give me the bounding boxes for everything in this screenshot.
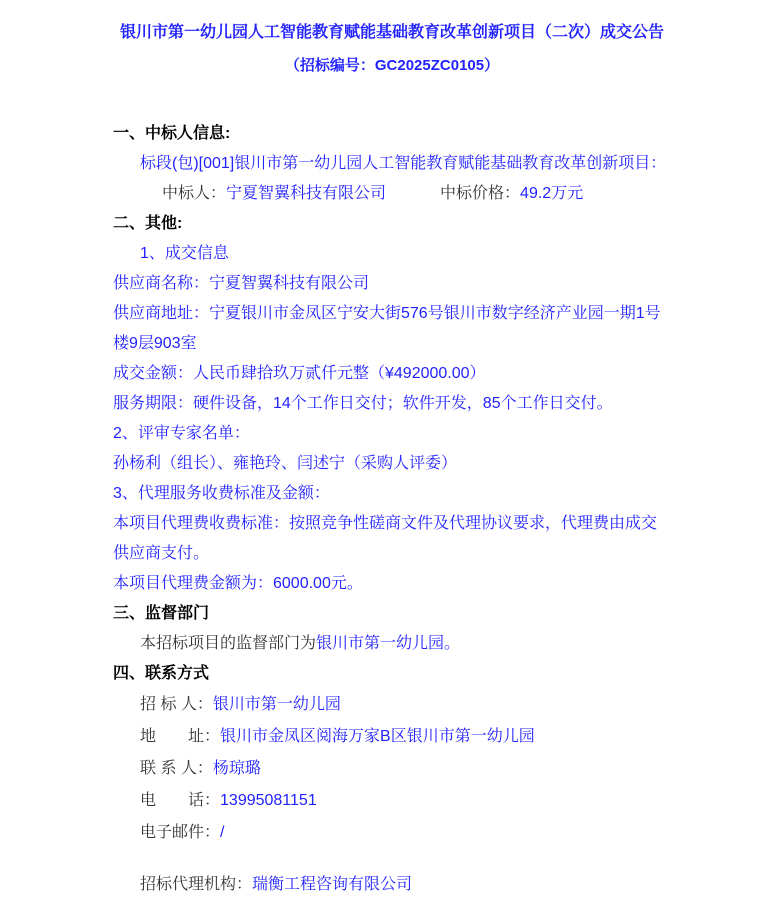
- email-value: /: [220, 824, 224, 841]
- price-value: 49.2万元: [520, 185, 583, 202]
- bidding-agency-line: 招标代理机构：瑞衡工程咨询有限公司: [113, 870, 701, 900]
- contact-person-label: 联 系 人：: [140, 760, 213, 777]
- supplier-address-line1: 供应商地址：宁夏银川市金凤区宁安大街576号银川市数字经济产业园一期1号: [113, 299, 701, 329]
- deal-amount-line: 成交金额：人民币肆拾玖万贰仟元整（¥492000.00）: [113, 359, 701, 389]
- supervision-text: 本招标项目的监督部门为: [140, 635, 316, 652]
- contact-person-value: 杨琼璐: [213, 760, 261, 777]
- contact-row-address: 地 址：银川市金凤区阅海万家B区银川市第一幼儿园: [113, 721, 701, 753]
- winner-label: 中标人：: [162, 185, 226, 202]
- experts-subheading: 2、评审专家名单：: [113, 419, 701, 449]
- contact-row-person: 联 系 人：杨琼璐: [113, 753, 701, 785]
- contact-row-tenderer: 招 标 人：银川市第一幼儿园: [113, 689, 701, 721]
- document-body: 一、中标人信息: 标段(包)[001]银川市第一幼儿园人工智能教育赋能基础教育改…: [113, 119, 701, 900]
- phone-label: 电 话：: [140, 792, 220, 809]
- supervision-department: 银川市第一幼儿园。: [316, 635, 460, 652]
- winner-name: 宁夏智翼科技有限公司: [226, 185, 386, 202]
- address-label: 地 址：: [140, 728, 220, 745]
- experts-list-line: 孙杨利（组长）、雍艳玲、闫述宁（采购人评委）: [113, 449, 701, 479]
- price-label: 中标价格：: [440, 185, 520, 202]
- section3-heading: 三、监督部门: [113, 599, 701, 629]
- contact-rows: 招 标 人：银川市第一幼儿园 地 址：银川市金凤区阅海万家B区银川市第一幼儿园 …: [113, 689, 701, 849]
- agency-fee-subheading: 3、代理服务收费标准及金额：: [113, 479, 701, 509]
- section2-heading: 二、其他:: [113, 209, 701, 239]
- deal-info-subheading: 1、成交信息: [113, 239, 701, 269]
- award-announcement-document: 银川市第一幼儿园人工智能教育赋能基础教育改革创新项目（二次）成交公告 （招标编号…: [0, 0, 761, 901]
- contact-row-phone: 电 话：13995081151: [113, 785, 701, 817]
- agency-fee-standard-line1: 本项目代理费收费标准：按照竞争性磋商文件及代理协议要求，代理费由成交: [113, 509, 701, 539]
- supplier-address-line2: 楼9层903室: [113, 329, 701, 359]
- section1-heading: 一、中标人信息:: [113, 119, 701, 149]
- lot-package-line: 标段(包)[001]银川市第一幼儿园人工智能教育赋能基础教育改革创新项目：: [113, 149, 701, 179]
- phone-value: 13995081151: [220, 792, 317, 809]
- supervision-line: 本招标项目的监督部门为银川市第一幼儿园。: [113, 629, 701, 659]
- bidding-agency-name: 瑞衡工程咨询有限公司: [252, 876, 412, 893]
- service-term-line: 服务期限：硬件设备，14个工作日交付；软件开发，85个工作日交付。: [113, 389, 701, 419]
- address-value: 银川市金凤区阅海万家B区银川市第一幼儿园: [220, 728, 535, 745]
- agency-fee-amount-line: 本项目代理费金额为：6000.00元。: [113, 569, 701, 599]
- contact-row-email: 电子邮件：/: [113, 817, 701, 849]
- section4-heading: 四、联系方式: [113, 659, 701, 689]
- winner-price-line: 中标人：宁夏智翼科技有限公司中标价格：49.2万元: [113, 179, 701, 209]
- tenderer-value: 银川市第一幼儿园: [213, 696, 341, 713]
- document-title: 银川市第一幼儿园人工智能教育赋能基础教育改革创新项目（二次）成交公告: [83, 22, 701, 44]
- bid-number: （招标编号：GC2025ZC0105）: [83, 56, 701, 76]
- tenderer-label: 招 标 人：: [140, 696, 213, 713]
- bidding-agency-label: 招标代理机构：: [140, 876, 252, 893]
- email-label: 电子邮件：: [140, 824, 220, 841]
- supplier-name-line: 供应商名称：宁夏智翼科技有限公司: [113, 269, 701, 299]
- agency-fee-standard-line2: 供应商支付。: [113, 539, 701, 569]
